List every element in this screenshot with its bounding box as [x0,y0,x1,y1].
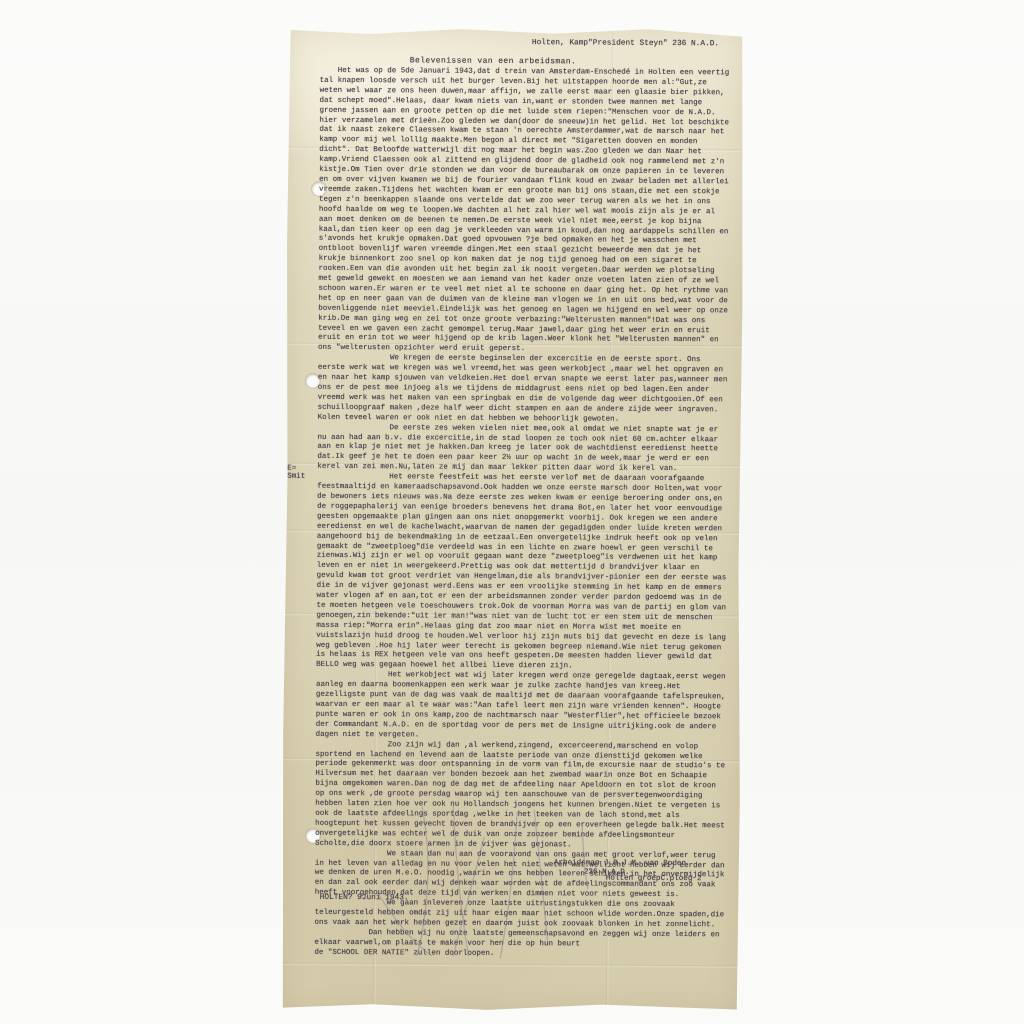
paragraph-9: Dan hebben wij nu onze laatste gemeensch… [314,929,728,951]
letterhead-camp-address: Holten, Kamp"President Steyn" 236 N.A.D. [532,39,719,48]
document-title: Belevenissen van een arbeidsman. [410,56,576,66]
photo-background: Holten, Kamp"President Steyn" 236 N.A.D.… [0,0,1024,1024]
signature-block: Arbeidsman J.B.J.M. van Boden 236 N.A.D.… [554,859,702,885]
dateline: HOLTEN? 9Juni 1943. [320,894,409,903]
paragraph-4: Het eerste feestfeit was het eerste verl… [316,473,731,674]
signature-group: Holten groepC.ploeg 2 [554,875,702,885]
margin-note: E= Smit [287,466,305,481]
paragraph-3: De eerste zes weken vielen niet mee,ook … [317,423,731,475]
letter-sheet: Holten, Kamp"President Steyn" 236 N.A.D.… [281,25,745,1015]
margin-note-line2: Smit [287,473,305,481]
letter-body: Het was op de 5de Januari 1943,dat d tre… [314,67,733,961]
paragraph-5: Het werkobject wat wij later kregen werd… [316,671,730,743]
paragraph-8: We gaan inleveren onze laatste uitrustin… [314,899,728,931]
paragraph-6: Zoo zijn wij dan ,al werkend,zingend, ex… [315,740,730,851]
closing-line-school-der-natie: de "SCHOOL DER NATIE" zullen doorloopen. [314,948,728,960]
fold-crease [281,963,739,969]
paragraph-1: Het was op de 5de Januari 1943,dat d tre… [318,67,734,357]
paragraph-2: We kregen de eerste beginselen der excer… [318,354,732,426]
